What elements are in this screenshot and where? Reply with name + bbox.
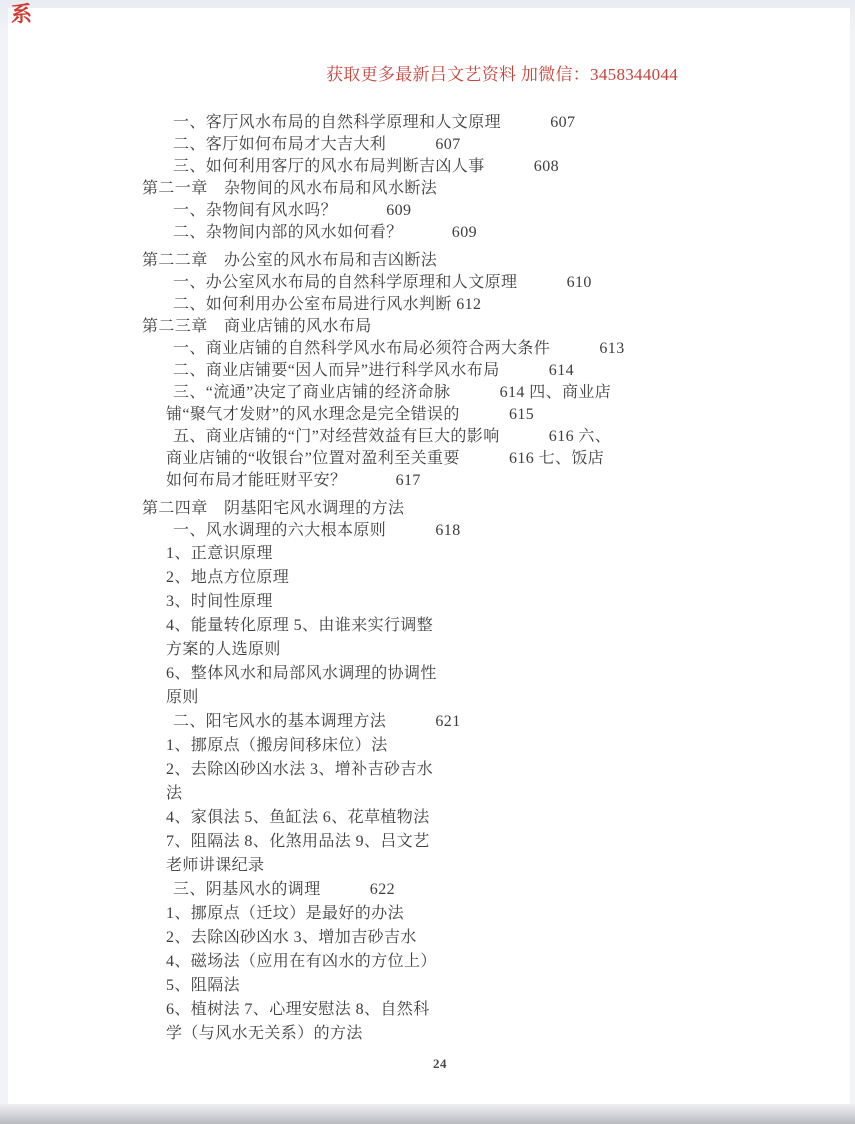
- toc-line: 二、杂物间内部的风水如何看？ 609: [8, 222, 850, 244]
- toc-line: 三、如何利用客厅的风水布局判断吉凶人事 608: [8, 156, 850, 178]
- toc-line: 6、整体风水和局部风水调理的协调性: [8, 662, 850, 686]
- toc-line: 一、风水调理的六大根本原则 618: [8, 520, 850, 542]
- bottom-page-edge: [0, 1104, 855, 1124]
- toc-line: 2、地点方位原理: [8, 566, 850, 590]
- toc-line: 4、能量转化原理 5、由谁来实行调整: [8, 614, 850, 638]
- toc-line: 三、“流通”决定了商业店铺的经济命脉 614 四、商业店: [8, 382, 850, 404]
- toc-line: 原则: [8, 686, 850, 710]
- toc-line: 第二三章 商业店铺的风水布局: [8, 316, 850, 338]
- page-number: 24: [433, 1056, 447, 1072]
- promo-header-text: 获取更多最新吕文艺资料 加微信：3458344044: [326, 60, 678, 85]
- toc-line: 1、挪原点（迁坟）是最好的办法: [8, 902, 850, 926]
- toc-line: 4、磁场法（应用在有凶水的方位上）: [8, 950, 850, 974]
- toc-line: 1、挪原点（搬房间移床位）法: [8, 734, 850, 758]
- document-page: 获取更多最新吕文艺资料 加微信：3458344044 一、客厅风水布局的自然科学…: [8, 8, 850, 1106]
- toc-line: 方案的人选原则: [8, 638, 850, 662]
- toc-line: 第二二章 办公室的风水布局和吉凶断法: [8, 250, 850, 272]
- toc-line: 一、杂物间有风水吗？ 609: [8, 200, 850, 222]
- toc-line: 一、客厅风水布局的自然科学原理和人文原理 607: [8, 112, 850, 134]
- toc-line: 第二一章 杂物间的风水布局和风水断法: [8, 178, 850, 200]
- toc-line: 3、时间性原理: [8, 590, 850, 614]
- toc-line: 如何布局才能旺财平安？ 617: [8, 470, 850, 492]
- toc-line: 一、办公室风水布局的自然科学原理和人文原理 610: [8, 272, 850, 294]
- toc-line: 一、商业店铺的自然科学风水布局必须符合两大条件 613: [8, 338, 850, 360]
- toc-line: 7、阻隔法 8、化煞用品法 9、吕文艺: [8, 830, 850, 854]
- toc-line: 6、植树法 7、心理安慰法 8、自然科: [8, 998, 850, 1022]
- toc-line: 2、去除凶砂凶水法 3、增补吉砂吉水: [8, 758, 850, 782]
- toc-line: 2、去除凶砂凶水 3、增加吉砂吉水: [8, 926, 850, 950]
- toc-line: 1、正意识原理: [8, 542, 850, 566]
- toc-line: 二、客厅如何布局才大吉大利 607: [8, 134, 850, 156]
- red-corner-mark: 系: [11, 3, 32, 25]
- toc-line: 老师讲课纪录: [8, 854, 850, 878]
- toc-list: 一、客厅风水布局的自然科学原理和人文原理 607二、客厅如何布局才大吉大利 60…: [8, 112, 850, 1046]
- toc-line: 铺“聚气才发财”的风水理念是完全错误的 615: [8, 404, 850, 426]
- toc-line: 商业店铺的“收银台”位置对盈利至关重要 616 七、饭店: [8, 448, 850, 470]
- toc-line: 二、如何利用办公室布局进行风水判断 612: [8, 294, 850, 316]
- toc-line: 二、商业店铺要“因人而异”进行科学风水布局 614: [8, 360, 850, 382]
- toc-line: 学（与风水无关系）的方法: [8, 1022, 850, 1046]
- toc-line: 4、家俱法 5、鱼缸法 6、花草植物法: [8, 806, 850, 830]
- toc-line: 法: [8, 782, 850, 806]
- toc-line: 第二四章 阴基阳宅风水调理的方法: [8, 498, 850, 520]
- scan-background: 系 获取更多最新吕文艺资料 加微信：3458344044 一、客厅风水布局的自然…: [0, 0, 855, 1124]
- toc-line: 5、阻隔法: [8, 974, 850, 998]
- toc-line: 三、阴基风水的调理 622: [8, 878, 850, 902]
- toc-line: 五、商业店铺的“门”对经营效益有巨大的影响 616 六、: [8, 426, 850, 448]
- toc-line: 二、阳宅风水的基本调理方法 621: [8, 710, 850, 734]
